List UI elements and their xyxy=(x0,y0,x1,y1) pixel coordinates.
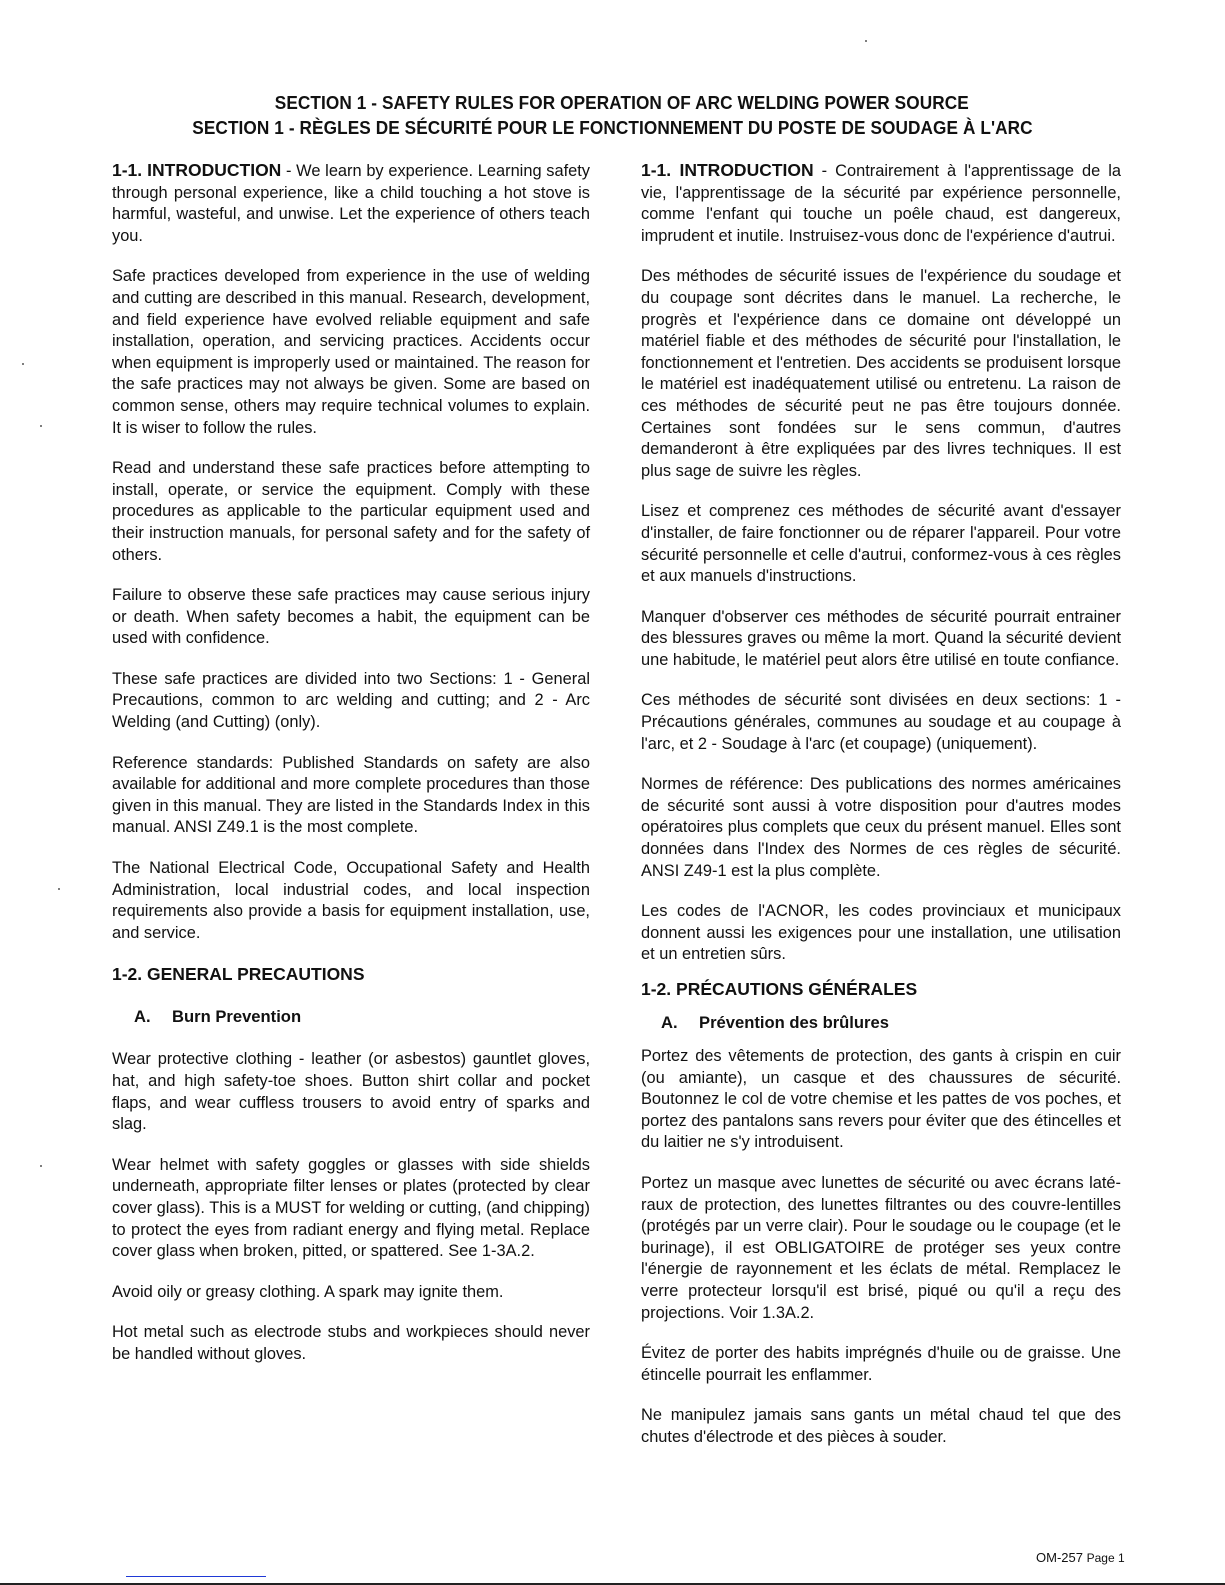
paragraph: Wear helmet with safety goggles or glass… xyxy=(112,1155,590,1263)
paragraph: Wear protective clothing - leather (or a… xyxy=(112,1049,590,1135)
paragraph: The National Electrical Code, Occupation… xyxy=(112,858,590,944)
intro-heading: 1-1. INTRODUCTION xyxy=(641,160,814,180)
section-heading: 1-2. PRÉCAUTIONS GÉNÉRALES xyxy=(641,978,1121,1000)
section-titles: SECTION 1 - SAFETY RULES FOR OPERATION O… xyxy=(0,90,1225,140)
paragraph: Évitez de porter des habits imprégnés d'… xyxy=(641,1343,1121,1386)
link-underline[interactable] xyxy=(126,1576,266,1577)
document-page: SECTION 1 - SAFETY RULES FOR OPERATION O… xyxy=(0,0,1225,1585)
subsection-heading: A.Prévention des brûlures xyxy=(661,1012,1121,1034)
intro-paragraph: 1-1. INTRODUCTION - We learn by experien… xyxy=(112,160,590,247)
page-number: Page 1 xyxy=(1087,1551,1125,1565)
scan-speck xyxy=(58,888,60,890)
paragraph: Portez des vêtements de protection, des … xyxy=(641,1046,1121,1154)
section-title-english: SECTION 1 - SAFETY RULES FOR OPERATION O… xyxy=(43,90,1182,115)
paragraph: Ne manipulez jamais sans gants un métal … xyxy=(641,1405,1121,1448)
paragraph: Manquer d'observer ces méthodes de sécur… xyxy=(641,607,1121,672)
paragraph: Avoid oily or greasy clothing. A spark m… xyxy=(112,1282,590,1304)
subsection-heading: A.Burn Prevention xyxy=(134,1006,590,1028)
paragraph: Failure to observe these safe practices … xyxy=(112,585,590,650)
paragraph: Read and understand these safe practices… xyxy=(112,458,590,566)
paragraph: Les codes de l'ACNOR, les codes provinci… xyxy=(641,901,1121,966)
section-heading: 1-2. GENERAL PRECAUTIONS xyxy=(112,963,590,985)
paragraph: Ces méthodes de sécurité sont divisées e… xyxy=(641,690,1121,755)
page-footer: OM-257 Page 1 xyxy=(1036,1550,1125,1565)
paragraph: Safe practices developed from experience… xyxy=(112,266,590,439)
english-column: 1-1. INTRODUCTION - We learn by experien… xyxy=(112,160,590,1366)
scan-speck xyxy=(865,40,867,42)
intro-paragraph: 1-1. INTRODUCTION - Contrairement à l'ap… xyxy=(641,160,1121,247)
paragraph: Lisez et comprenez ces méthodes de sécur… xyxy=(641,501,1121,587)
section-title-french: SECTION 1 - RÈGLES DE SÉCURITÉ POUR LE F… xyxy=(43,115,1182,140)
subsection-letter: A. xyxy=(661,1012,699,1034)
paragraph: Des méthodes de sécurité issues de l'exp… xyxy=(641,266,1121,482)
document-id: OM-257 xyxy=(1036,1550,1083,1565)
paragraph: Reference standards: Published Standards… xyxy=(112,753,590,839)
scan-speck xyxy=(22,363,24,365)
paragraph: Normes de référence: Des publications de… xyxy=(641,774,1121,882)
paragraph: These safe practices are divided into tw… xyxy=(112,669,590,734)
intro-heading: 1-1. INTRODUCTION xyxy=(112,160,281,180)
subsection-title: Burn Prevention xyxy=(172,1007,301,1026)
subsection-title: Prévention des brûlures xyxy=(699,1013,889,1032)
paragraph: Portez un masque avec lunettes de sécuri… xyxy=(641,1173,1121,1324)
scan-speck xyxy=(40,425,42,427)
subsection-letter: A. xyxy=(134,1006,172,1028)
paragraph: Hot metal such as electrode stubs and wo… xyxy=(112,1322,590,1365)
scan-speck xyxy=(40,1165,42,1167)
french-column: 1-1. INTRODUCTION - Contrairement à l'ap… xyxy=(641,160,1121,1449)
